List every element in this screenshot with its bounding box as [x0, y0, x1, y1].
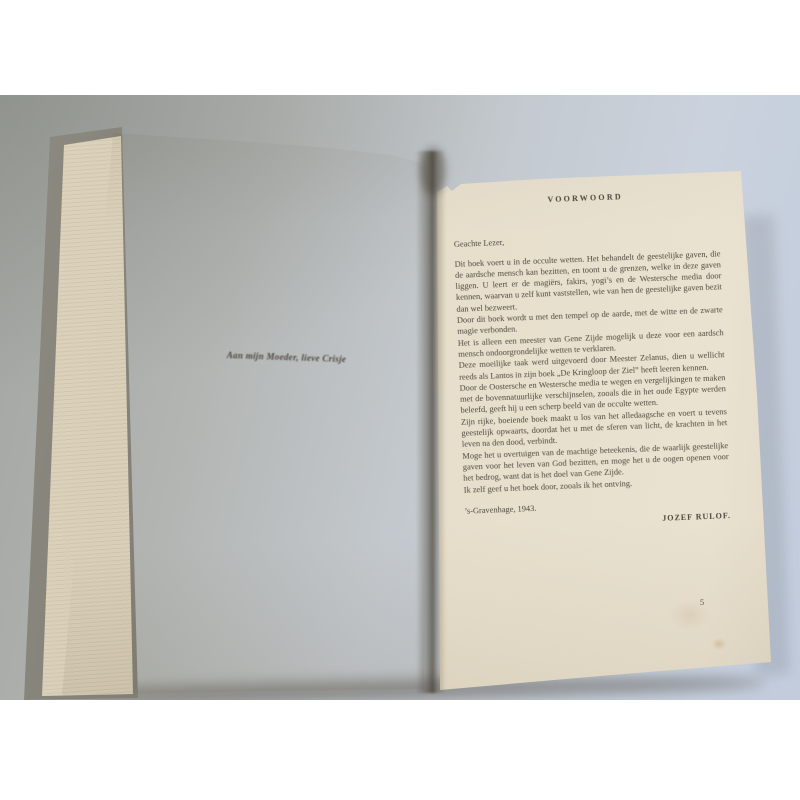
page-number: 5	[694, 597, 710, 607]
book-photo: Aan mijn Moeder, lieve Crisje VOORWOORD …	[0, 95, 800, 700]
gutter-shadow	[416, 151, 446, 693]
foreword-text-block: VOORWOORD Geachte Lezer, Dit boek voert …	[452, 187, 731, 532]
salutation: Geachte Lezer,	[454, 229, 720, 251]
gutter-top-shadow	[420, 147, 446, 195]
